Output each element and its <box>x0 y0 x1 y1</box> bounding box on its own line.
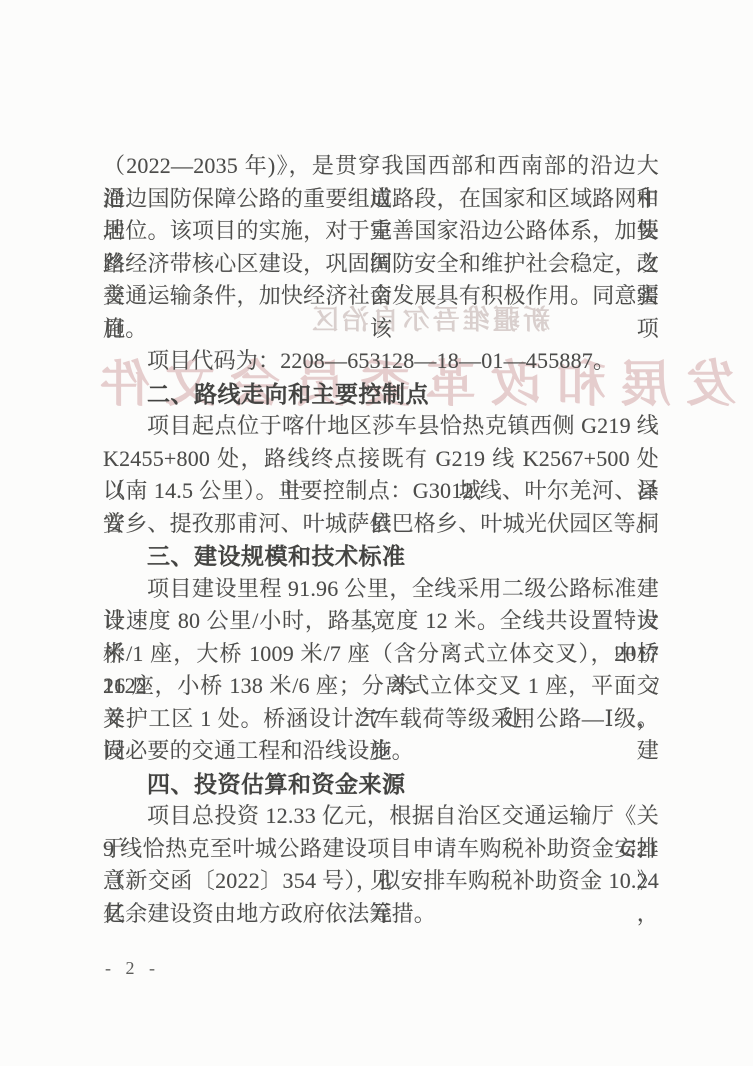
section-heading: 二、路线走向和主要控制点 <box>103 378 659 411</box>
text-line: （新交函〔2022〕354 号），拟安排车购税补助资金 10.24 亿元， <box>103 865 659 898</box>
text-line: 交通运输条件，加快经济社会发展具有积极作用。同意实施该项 <box>103 280 659 313</box>
text-line: 计速度 80 公里/小时，路基宽度 12 米。全线共设置特大桥 2017 <box>103 605 659 638</box>
page-number: - 2 - <box>105 958 160 979</box>
document-body: （2022—2035 年)》，是贯穿我国西部和西南部的沿边大通道和沿边国防保障公… <box>103 150 659 930</box>
section-heading: 三、建设规模和技术标准 <box>103 540 659 573</box>
text-line: K2455+800 处，路线终点接既有 G219 线 K2567+500 处（叶… <box>103 443 659 476</box>
text-line: 26 座，小桥 138 米/6 座；分离式立体交叉 1 座，平面交叉 27 处， <box>103 670 659 703</box>
text-line: 9 线恰热克至叶城公路建设项目申请车购税补助资金安排意见》 <box>103 833 659 866</box>
text-line: 路经济带核心区建设，巩固国防安全和维护社会稳定，改善南疆 <box>103 248 659 281</box>
text-line: 沿边国防保障公路的重要组成路段，在国家和区域路网中居重要 <box>103 183 659 216</box>
section-heading: 四、投资估算和资金来源 <box>103 768 659 801</box>
text-line: 安乡、提孜那甫河、叶城萨依巴格乡、叶城光伏园区等。 <box>103 508 659 541</box>
text-line: 项目起点位于喀什地区莎车县恰热克镇西侧 G219 线 <box>103 410 659 443</box>
text-line: 项目总投资 12.33 亿元，根据自治区交通运输厅《关于 G21 <box>103 800 659 833</box>
text-line: 地位。该项目的实施，对于完善国家沿边公路体系，加快丝绸之 <box>103 215 659 248</box>
text-line: 养护工区 1 处。桥涵设计汽车载荷等级采用公路—Ⅰ级。同步建 <box>103 703 659 736</box>
text-line: 以南 14.5 公里）。主要控制点：G3012 线、叶尔羌河、泽普县桐 <box>103 475 659 508</box>
text-line: 米/1 座，大桥 1009 米/7 座（含分离式立体交叉），中桥 1122 米/ <box>103 638 659 671</box>
text-line: （2022—2035 年)》，是贯穿我国西部和西南部的沿边大通道和 <box>103 150 659 183</box>
text-line: 项目代码为：2208—653128—18—01—455887。 <box>103 345 659 378</box>
document-page: 新疆维吾尔自治区 发展和改革委员会文件 （2022—2035 年)》，是贯穿我国… <box>0 0 753 1066</box>
text-line: 项目建设里程 91.96 公里，全线采用二级公路标准建设，设 <box>103 573 659 606</box>
